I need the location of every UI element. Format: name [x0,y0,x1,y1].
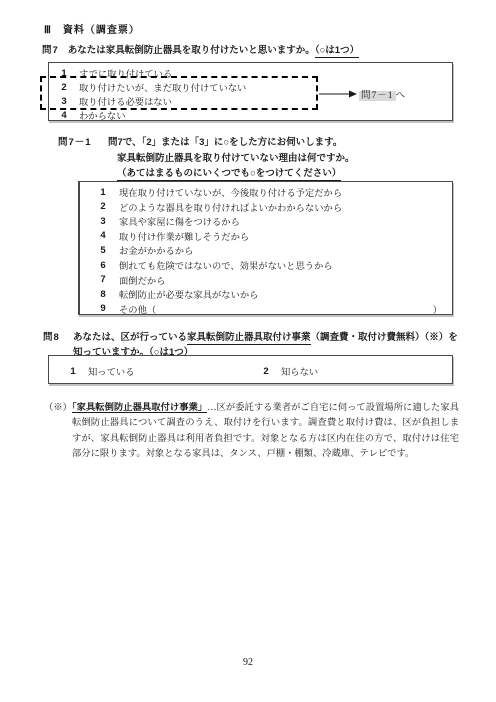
branch-target-highlight: 問7－1 [359,91,396,101]
q7-1-intro: 問7で、「2」または「3」に○をした方にお伺いします。 [108,137,342,148]
option-number: 6 [96,260,110,271]
footnote-marker: （※） [44,403,72,413]
option-text: どのような器具を取り付ければよいかわからないから [119,200,342,214]
branch-arrow-icon [319,89,357,99]
option-text: その他（ [119,302,156,316]
q7-1-option-row: 2 どのような器具を取り付ければよいかわからないから [80,200,452,215]
q7-1-heading: 問7－1問7で、「2」または「3」に○をした方にお伺いします。 家具転倒防止器具… [58,135,355,182]
option-text: 現在取り付けていないが、今後取り付ける予定だから [119,185,342,199]
q7-1-option-row: 8 転倒防止が必要な家具がないから [80,287,452,302]
option-number: 3 [57,96,71,107]
q8-heading-line1: 問8あなたは、区が行っている家具転倒防止器具取付け事業（調査費・取付け費無料）（… [43,331,458,346]
q7-1-question: 家具転倒防止器具を取り付けていない理由は何ですか。 [58,151,355,167]
option-text: 倒れても危険ではないので、効果がないと思うから [119,258,333,272]
other-close-paren: ） [433,302,442,316]
q7-1-option-row: 4 取り付け作業が難しそうだから [80,229,452,244]
q8-question-prefix: あなたは、区が行っている [73,332,187,343]
q7-1-label: 問7－1 [58,135,108,151]
option-number: 2 [96,201,110,212]
q7-1-option-row: 1 現在取り付けていないが、今後取り付ける予定だから [80,185,452,200]
survey-document-page: Ⅲ 資料（調査票） 問7あなたは家具転倒防止器具を取り付けたいと思いますか。（○… [0,0,496,702]
option-text: 面倒だから [119,273,166,287]
q7-label: 問7 [42,43,59,58]
q7-1-option-row-other: 9 その他（ ） [80,301,452,316]
q7-1-option-row: 3 家具や家屋に傷をつけるから [80,214,452,229]
option-text: 転倒防止が必要な家具がないから [119,287,258,301]
option-text: すでに取り付けている [79,66,172,80]
option-number: 4 [96,230,110,241]
branch-target-suffix: へ [396,91,406,101]
q7-question: あなたは家具転倒防止器具を取り付けたいと思いますか。 [68,45,315,56]
option-number: 3 [96,216,110,227]
option-number: 5 [96,245,110,256]
q7-heading: 問7あなたは家具転倒防止器具を取り付けたいと思いますか。（○は1つ） [42,43,359,58]
q7-option-row: 1 すでに取り付けている [49,66,452,80]
q7-1-option-row: 5 お金がかかるから [80,243,452,258]
q8-answer-box: 1 知っている 2 知らない [48,355,453,384]
option-text: 家具や家屋に傷をつけるから [119,214,240,228]
option-text: 知っている [88,364,135,378]
option-text: お金がかかるから [119,243,193,257]
option-number: 2 [259,366,273,377]
option-number: 1 [66,366,80,377]
page-number: 92 [0,657,496,668]
option-number: 4 [57,110,71,121]
q7-instruction: （○は1つ） [315,45,359,58]
q8-program-name: 家具転倒防止器具取付け事業 [187,332,311,345]
q8-option-row: 1 知っている [66,364,135,378]
option-number: 1 [57,68,71,79]
q7-1-instruction: （あてはまるものにいくつでも○をつけてください） [117,168,341,181]
q7-1-answer-box: 1 現在取り付けていないが、今後取り付ける予定だから 2 どのような器具を取り付… [78,181,453,315]
option-number: 7 [96,274,110,285]
option-text: 知らない [281,364,318,378]
option-text: 取り付け作業が難しそうだから [119,229,249,243]
q7-1-instruction-line: （あてはまるものにいくつでも○をつけてください） [58,166,355,182]
q7-1-heading-line1: 問7－1問7で、「2」または「3」に○をした方にお伺いします。 [58,135,355,151]
option-number: 1 [96,187,110,198]
q8-label: 問8 [43,331,73,346]
branch-target-label: 問7－1へ [359,87,405,101]
footnote: （※）「家具転倒防止器具取付け事業」…区が委託する業者がご自宅に伺って設置場所に… [44,400,459,463]
option-number: 9 [96,303,110,314]
option-number: 2 [57,82,71,93]
q8-question-middle: （調査費・取付け費無料）（※）を [311,332,458,343]
q7-option-row: 4 わからない [49,108,452,122]
option-number: 8 [96,289,110,300]
footnote-term: 「家具転倒防止器具取付け事業」 [72,402,207,413]
option-text: 取り付ける必要はない [79,94,172,108]
option-text: わからない [79,108,126,122]
q7-1-option-row: 6 倒れても危険ではないので、効果がないと思うから [80,258,452,273]
q8-option-row: 2 知らない [259,364,318,378]
option-text: 取り付けたいが、まだ取り付けていない [79,80,246,94]
q7-1-option-row: 7 面倒だから [80,272,452,287]
section-header: Ⅲ 資料（調査票） [44,21,140,36]
